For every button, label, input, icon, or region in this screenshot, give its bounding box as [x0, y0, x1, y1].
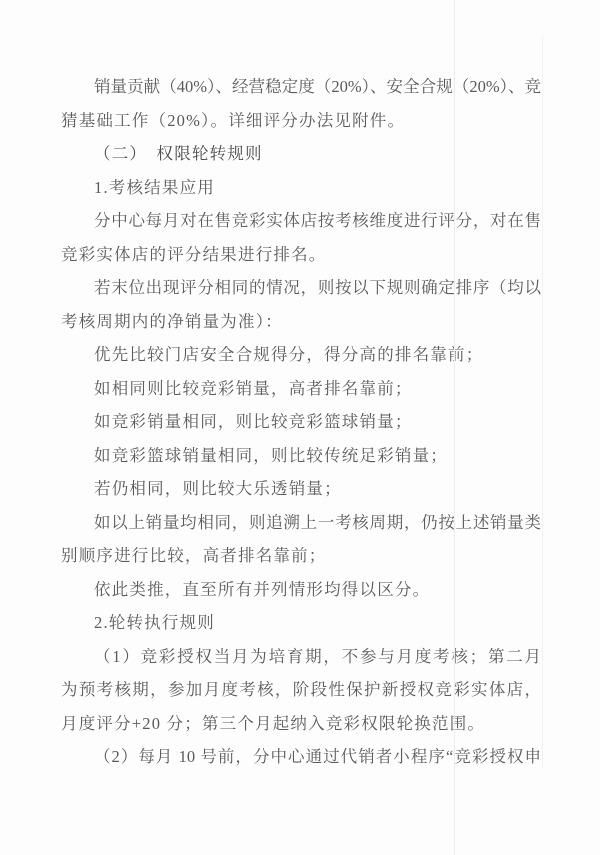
- text-line: 如竞彩篮球销量相同，则比较传统足彩销量；: [61, 439, 541, 473]
- scan-artifact-line: [542, 36, 543, 768]
- text-line: 分中心每月对在售竞彩实体店按考核维度进行评分，对在售: [61, 204, 541, 238]
- section-heading-line: （二） 权限轮转规则: [61, 137, 541, 171]
- text-line: 销量贡献（40%）、经营稳定度（20%）、安全合规（20%）、竞: [61, 70, 541, 104]
- text-line: （1）竞彩授权当月为培育期，不参与月度考核；第二月: [61, 640, 541, 674]
- document-page: 销量贡献（40%）、经营稳定度（20%）、安全合规（20%）、竞猜基础工作（20…: [0, 0, 600, 855]
- scan-artifact-line: [454, 0, 455, 855]
- text-line: 如相同则比较竞彩销量，高者排名靠前；: [61, 372, 541, 406]
- text-line: 若仍相同，则比较大乐透销量；: [61, 472, 541, 506]
- text-line: （2）每月 10 号前，分中心通过代销者小程序“竞彩授权申: [61, 740, 541, 774]
- text-line: 若末位出现评分相同的情况，则按以下规则确定排序（均以: [61, 271, 541, 305]
- document-body: 销量贡献（40%）、经营稳定度（20%）、安全合规（20%）、竞猜基础工作（20…: [61, 70, 541, 774]
- text-line: 如竞彩销量相同，则比较竞彩篮球销量；: [61, 405, 541, 439]
- text-line: 猜基础工作（20%）。详细评分办法见附件。: [61, 104, 541, 138]
- text-line: 月度评分+20 分；第三个月起纳入竞彩权限轮换范围。: [61, 707, 541, 741]
- text-line: 优先比较门店安全合规得分，得分高的排名靠前；: [61, 338, 541, 372]
- text-line: 2.轮转执行规则: [61, 606, 541, 640]
- text-line: 考核周期内的净销量为准）：: [61, 305, 541, 339]
- text-line: 竞彩实体店的评分结果进行排名。: [61, 238, 541, 272]
- text-line: 别顺序进行比较，高者排名靠前；: [61, 539, 541, 573]
- text-line: 1.考核结果应用: [61, 171, 541, 205]
- text-line: 为预考核期，参加月度考核，阶段性保护新授权竞彩实体店，: [61, 673, 541, 707]
- text-line: 依此类推，直至所有并列情形均得以区分。: [61, 573, 541, 607]
- text-line: 如以上销量均相同，则追溯上一考核周期，仍按上述销量类: [61, 506, 541, 540]
